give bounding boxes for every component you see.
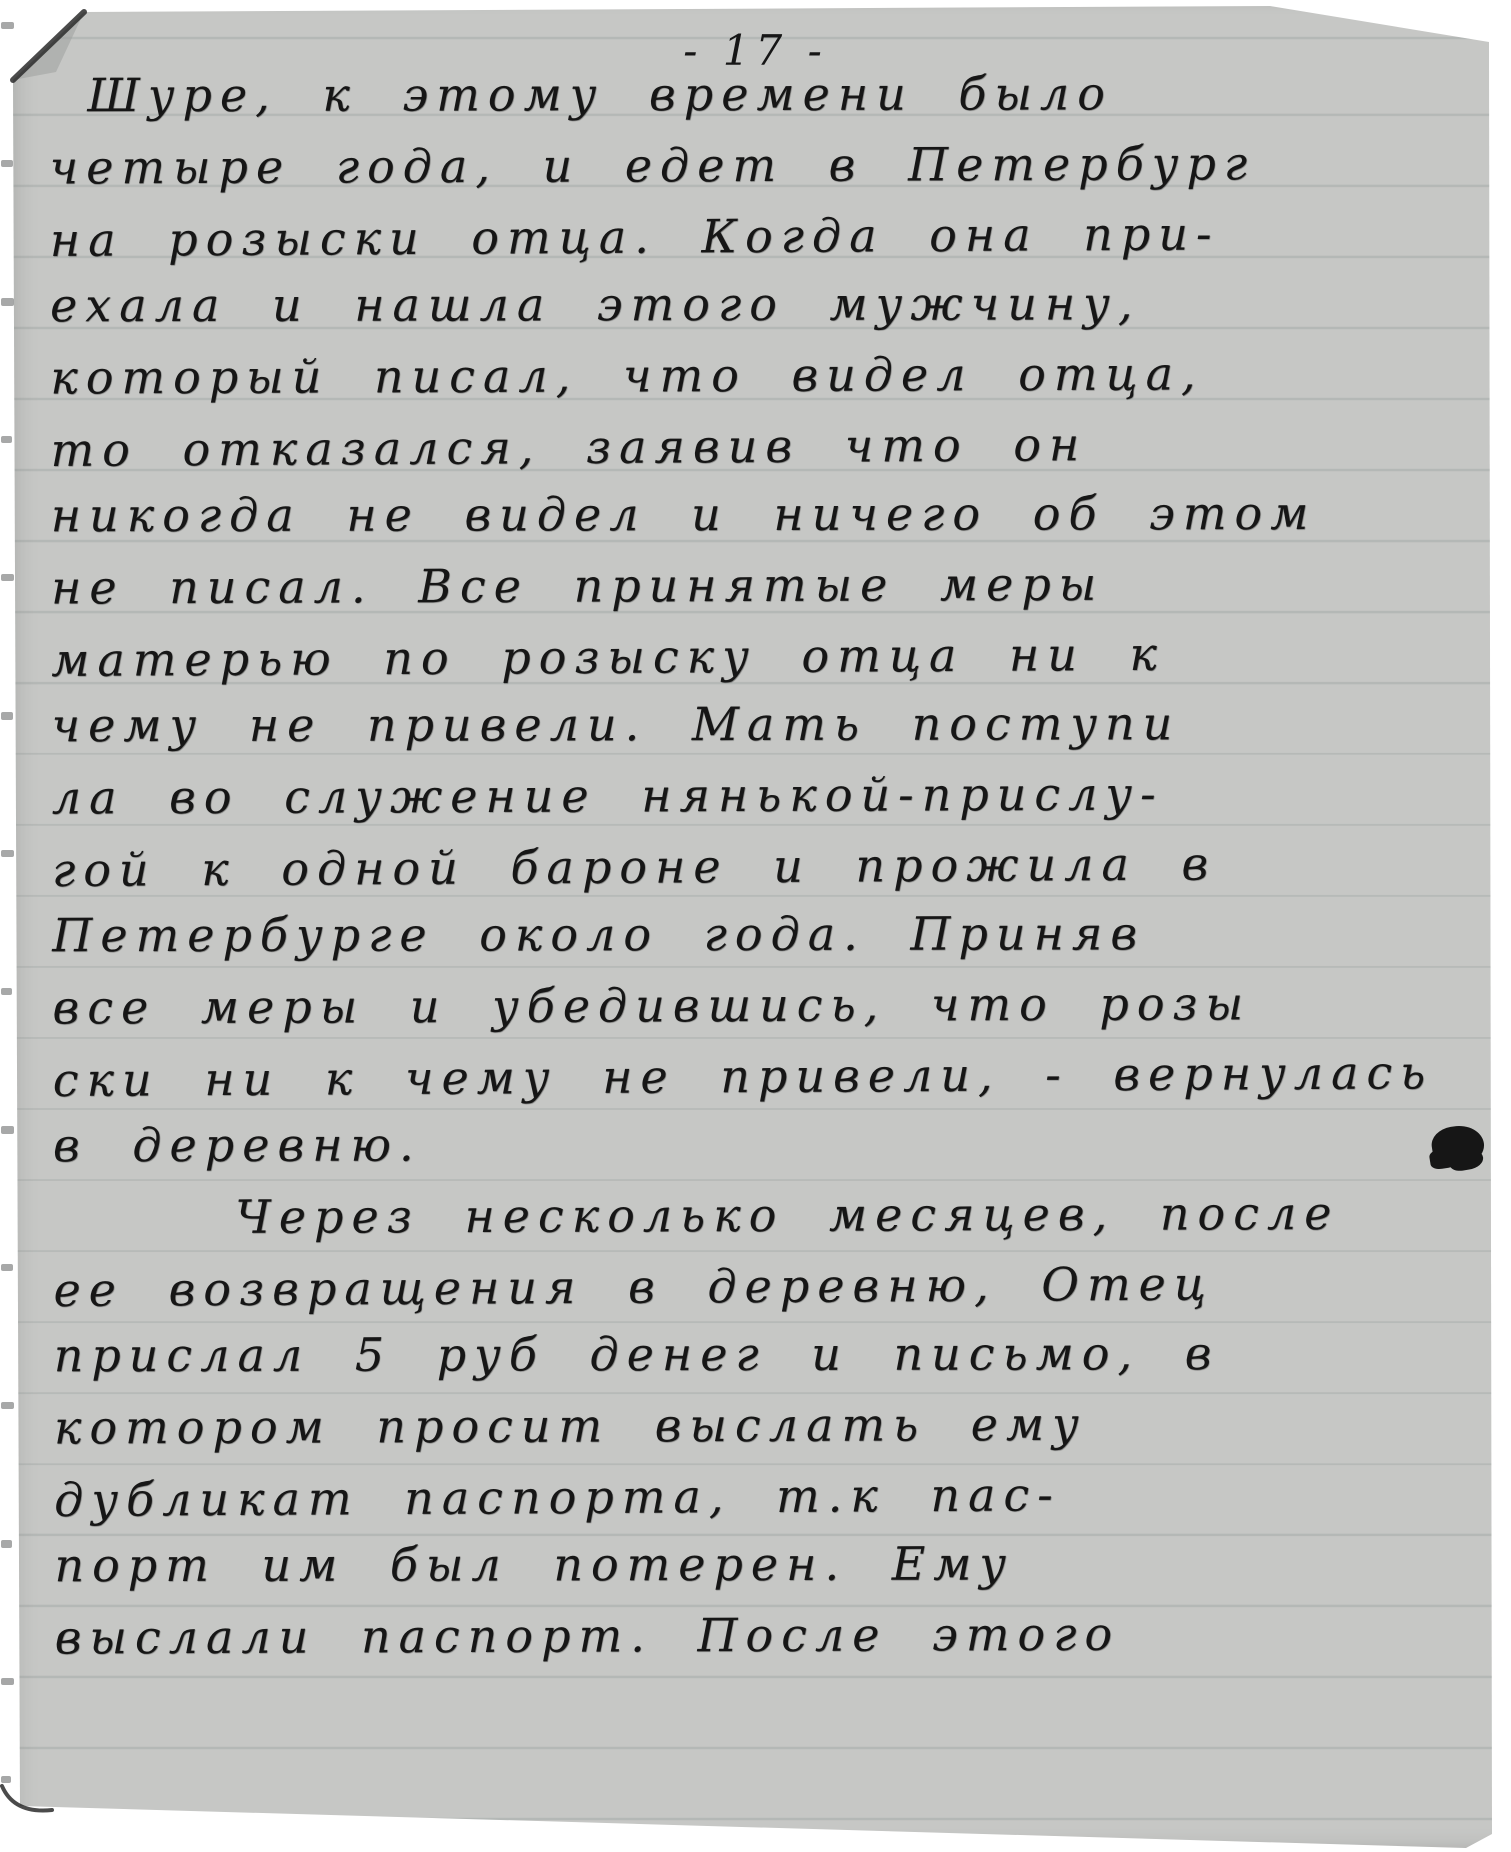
binding-marks [1, 22, 14, 1783]
handwritten-line: прислал 5 руб денег и письмо, в [54, 1318, 1487, 1391]
handwritten-line: Шуре, к этому времени было [49, 58, 1482, 131]
handwritten-line: то отказался, заявив что он [50, 407, 1483, 485]
handwritten-line: на розыски отца. Когда она при- [50, 197, 1483, 275]
handwritten-line: гой к одной бароне и прожила в [52, 827, 1485, 905]
handwritten-line: порт им был потерен. Ему [54, 1528, 1487, 1601]
handwritten-line: который писал, что видел отца, [50, 338, 1483, 413]
handwritten-line: ла во служение нянькой-прислу- [52, 757, 1485, 832]
handwritten-line: чему не привели. Мать поступи [51, 688, 1484, 761]
handwritten-line: все меры и убедившись, что розы [52, 967, 1485, 1042]
handwritten-line: ехала и нашла этого мужчину, [50, 268, 1483, 341]
handwritten-line: четыре года, и едет в Петербург [49, 128, 1482, 203]
handwritten-line: в деревню. [53, 1108, 1486, 1181]
handwritten-line: никогда не видел и ничего об этом [51, 478, 1484, 551]
handwritten-text: Шуре, к этому времени было четыре года, … [49, 58, 1488, 1673]
handwritten-line: Петербурге около года. Приняв [52, 898, 1485, 971]
handwritten-line: выслали паспорт. После этого [55, 1597, 1488, 1672]
handwritten-line: ее возвращения в деревню, Отец [53, 1247, 1486, 1325]
paper-sheet: - 17 - Шуре, к этому времени было четыре… [0, 0, 1511, 1852]
handwritten-line: ски ни к чему не привели, - вернулась [53, 1037, 1486, 1115]
handwritten-line: дубликат паспорта, т.к пас- [54, 1457, 1487, 1535]
scanned-page: - 17 - Шуре, к этому времени было четыре… [0, 0, 1511, 1852]
handwritten-line: не писал. Все принятые меры [51, 548, 1484, 623]
handwritten-line: Через несколько месяцев, после [53, 1177, 1486, 1252]
handwritten-line: матерью по розыску отца ни к [51, 617, 1484, 695]
handwritten-line: котором просит выслать ему [54, 1387, 1487, 1462]
